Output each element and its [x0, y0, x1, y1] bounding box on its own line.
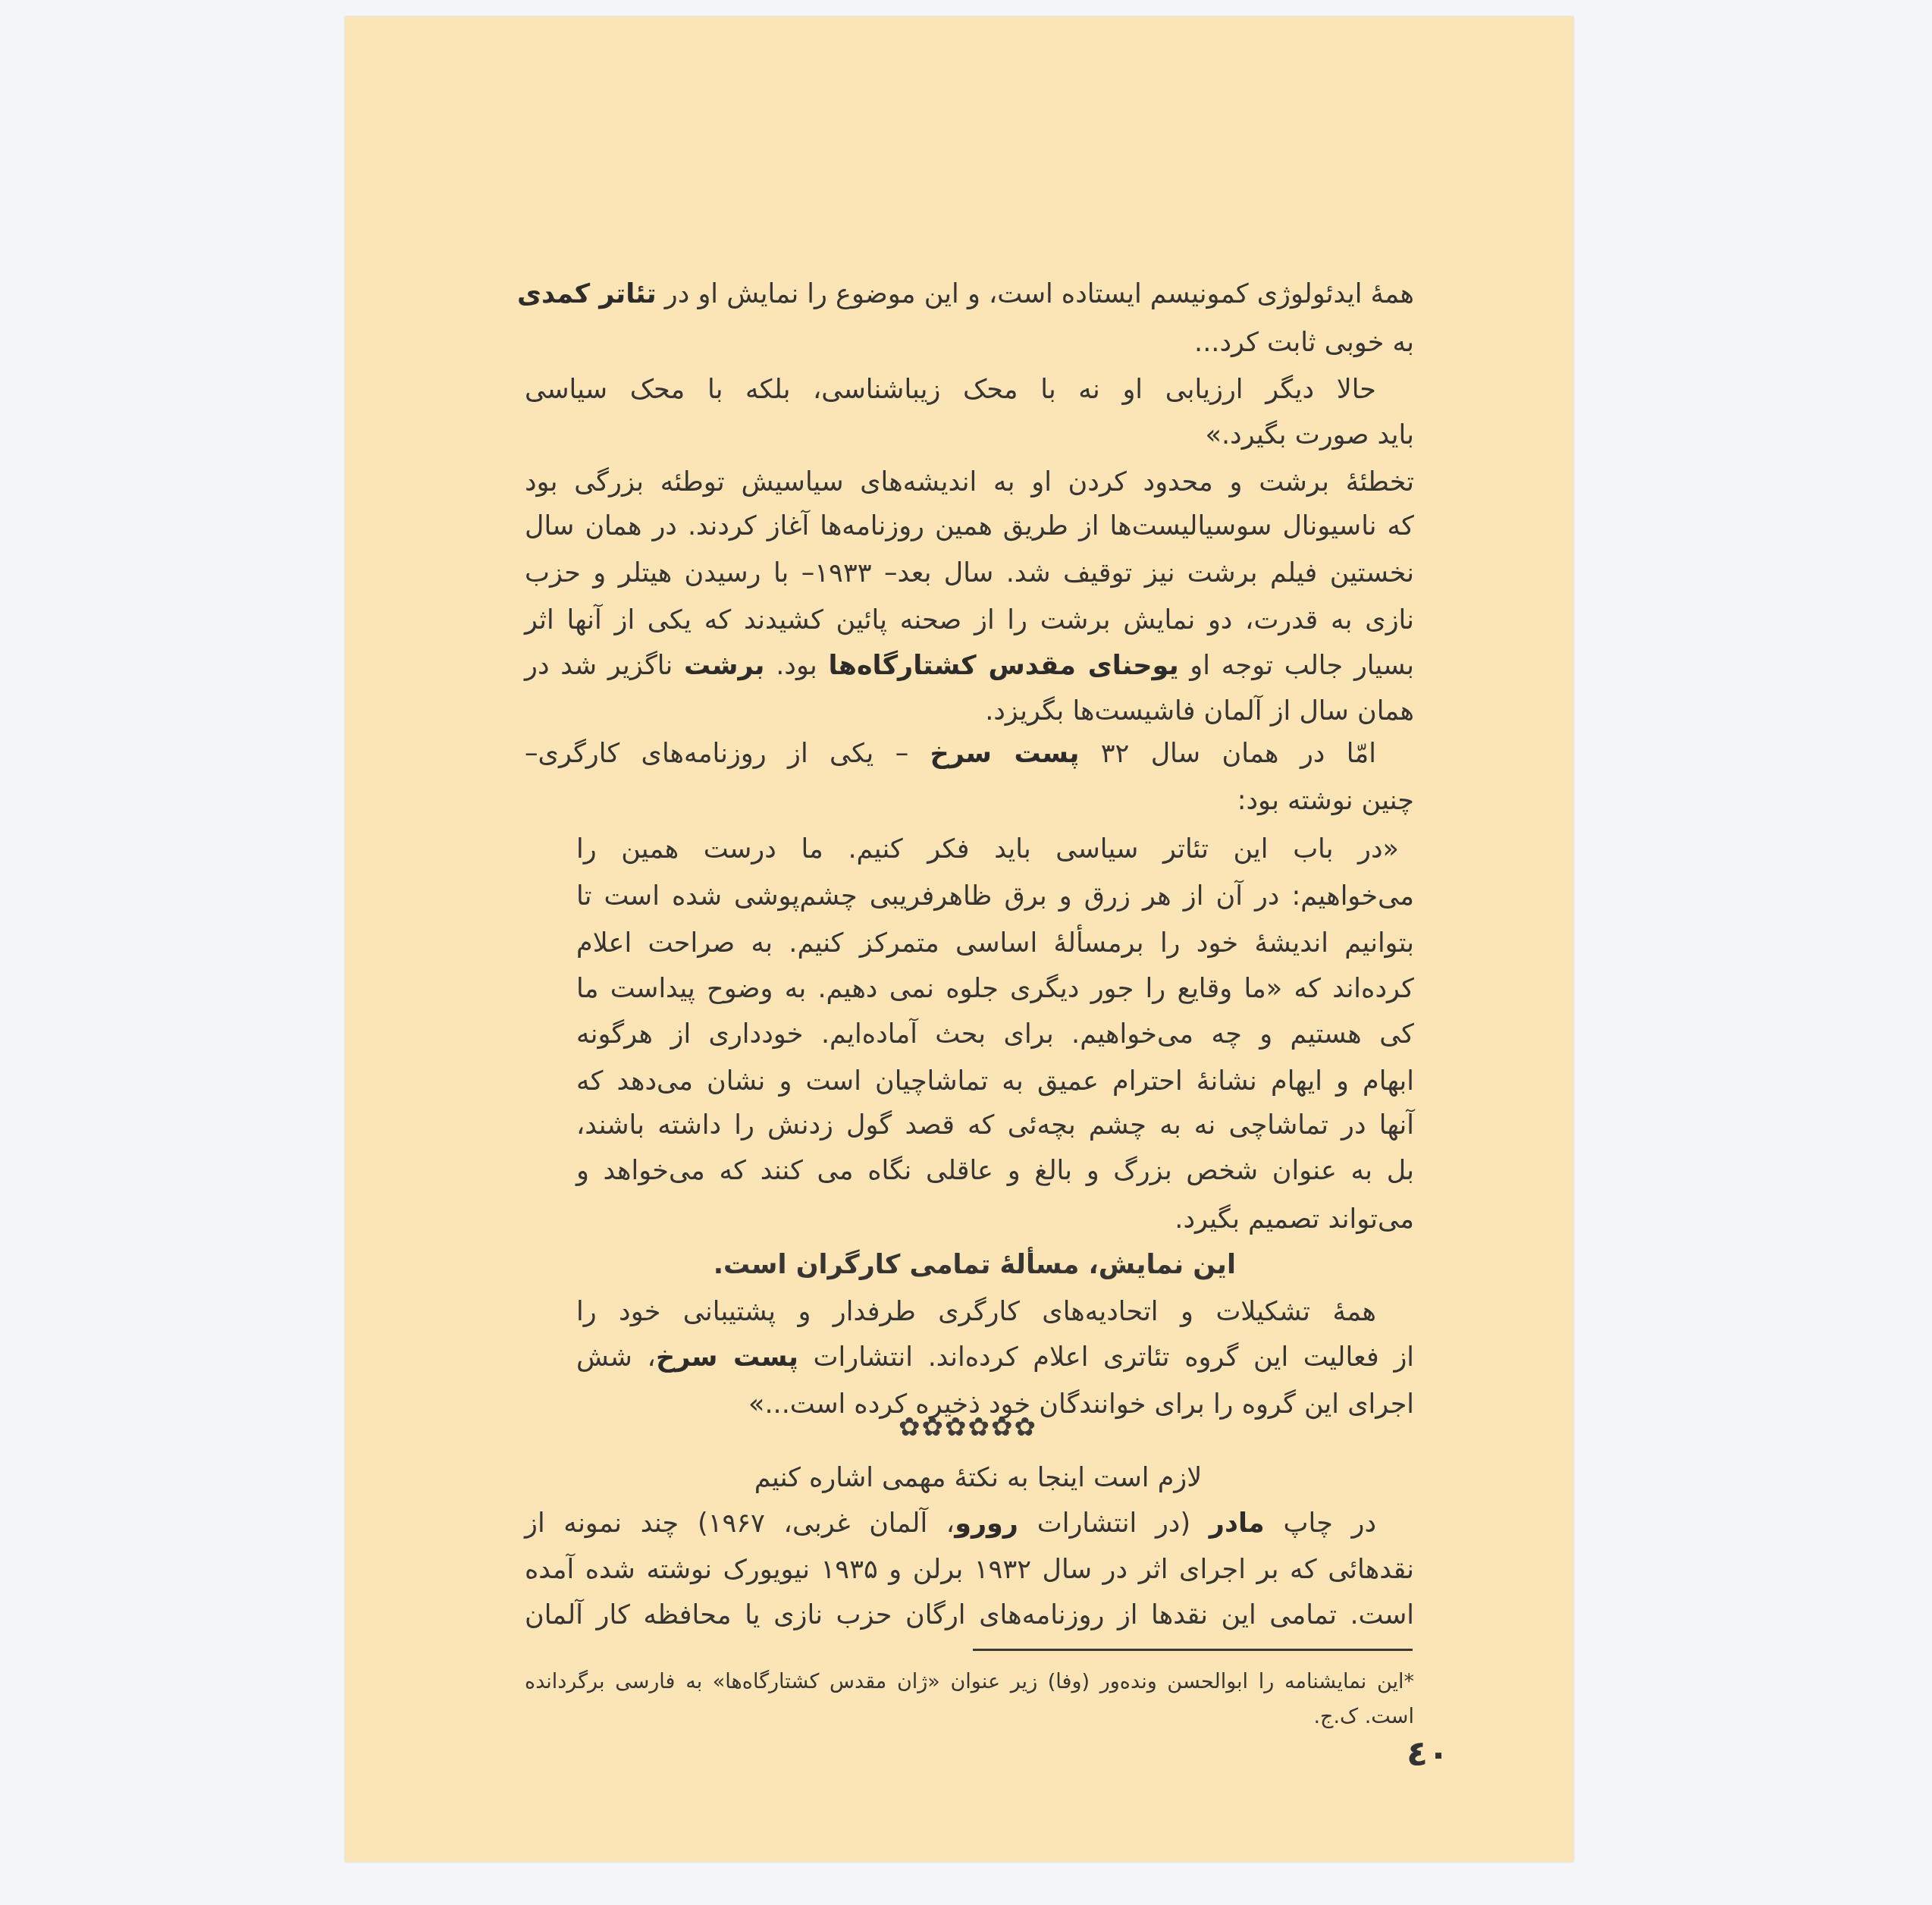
quote-line-9: می‌تواند تصمیم بگیرد. [1175, 1203, 1414, 1236]
body-line-4: باید صورت بگیرد.» [1206, 419, 1415, 452]
body-line-9: بسیار جالب توجه او یوحنای مقدس کشتارگاه‌… [525, 649, 1414, 683]
footnote-line-1: *این نمایشنامه را ابوالحسن وندەور (وفا) … [525, 1668, 1414, 1696]
footnote-line-2: است. ک.ج. [1313, 1703, 1414, 1731]
bold-title-saint-joan: یوحنای مقدس کشتارگاه‌ها [829, 651, 1179, 681]
quote-line-13: اجرای این گروه را برای خوانندگان خود ذخی… [748, 1388, 1414, 1421]
text-run: در چاپ [1265, 1508, 1376, 1539]
quote-line-5: کی هستیم و چه می‌خواهیم. برای بحث آماده‌… [576, 1018, 1414, 1051]
section-heading: لازم است اینجا به نکتهٔ مهمی اشاره کنیم [713, 1461, 1244, 1495]
body-line-11: امّا در همان سال ۳۲ پست سرخ – یکی از روز… [525, 737, 1376, 770]
text-run: – یکی از روزنامه‌های کارگری– [525, 739, 930, 769]
quote-line-11: همهٔ تشکیلات و اتحادیه‌های کارگری طرفدار… [576, 1295, 1376, 1329]
text-run: (در انتشارات [1018, 1508, 1209, 1539]
text-run: همهٔ ایدئولوژی کمونیسم ایستاده است، و ای… [657, 279, 1414, 309]
body2-line-1: در چاپ مادر (در انتشارات رورو، آلمان غرب… [525, 1507, 1376, 1540]
text-run: ناگزیر شد در [525, 651, 684, 681]
bold-name-brecht: برشت [684, 651, 764, 681]
quote-line-10: این نمایش، مسألهٔ تمامی کارگران است. [714, 1248, 1236, 1282]
body-line-7: نخستین فیلم برشت نیز توقیف شد. سال بعد– … [525, 557, 1414, 590]
text-run: ، آلمان غربی، ۱۹۶۷) چند نمونه از [525, 1508, 955, 1539]
body2-line-2: نقدهائی که بر اجرای اثر در سال ۱۹۳۲ برلن… [525, 1553, 1414, 1586]
body-line-8: نازی به قدرت، دو نمایش برشت را از صحنه پ… [525, 604, 1414, 637]
page-number: ٤٠ [1407, 1733, 1449, 1774]
quote-line-4: کرده‌اند که «ما وقایع را جور دیگری جلوه … [576, 972, 1414, 1006]
body-line-2: به خوبی ثابت کرد... [1194, 326, 1414, 359]
text-run: ، شش [576, 1342, 656, 1373]
body-line-5: تخطئهٔ برشت و محدود کردن او به اندیشه‌ها… [525, 466, 1414, 499]
body2-line-3: است. تمامی این نقدها از روزنامه‌های ارگا… [525, 1599, 1414, 1632]
footnote-divider [973, 1649, 1413, 1651]
body-line-1: همهٔ ایدئولوژی کمونیسم ایستاده است، و ای… [525, 278, 1414, 311]
body-line-10: همان سال از آلمان فاشیست‌ها بگریزد. [985, 695, 1414, 728]
bold-publisher-rororo: رورو [955, 1508, 1018, 1539]
section-separator-flowers: ✿✿✿✿✿✿ [899, 1412, 1037, 1442]
bold-newspaper-name: پست سرخ [656, 1342, 798, 1373]
text-run: بود. [764, 651, 828, 681]
quote-line-6: ابهام و ایهام نشانهٔ احترام عمیق به تماش… [576, 1065, 1414, 1098]
quote-line-3: بتوانیم اندیشهٔ خود را برمسألهٔ اساسی مت… [576, 927, 1414, 960]
text-run: از فعالیت این گروه تئاتری اعلام کرده‌اند… [798, 1342, 1414, 1373]
quote-line-2: می‌خواهیم: در آن از هر زرق و برق ظاهرفری… [576, 880, 1414, 913]
body-line-6: که ناسیونال سوسیالیست‌ها از طریق همین رو… [525, 510, 1414, 543]
quote-line-1: «در باب این تئاتر سیاسی باید فکر کنیم. م… [576, 833, 1399, 866]
text-run: بسیار جالب توجه او [1179, 651, 1414, 681]
quote-line-12: از فعالیت این گروه تئاتری اعلام کرده‌اند… [576, 1341, 1414, 1374]
quote-line-7: آنها در تماشاچی نه به چشم بچه‌ئی که قصد … [576, 1109, 1414, 1142]
quote-line-8: بل به عنوان شخص بزرگ و بالغ و عاقلی نگاه… [576, 1154, 1414, 1188]
body-line-12: چنین نوشته بود: [1237, 784, 1414, 818]
body-line-3: حالا دیگر ارزیابی او نه با محک زیباشناسی… [525, 373, 1376, 406]
text-run: امّا در همان سال ۳۲ [1079, 739, 1376, 769]
bold-title-mother: مادر [1209, 1508, 1265, 1539]
bold-title-theatre-comedy: تئاتر کمدی [517, 279, 657, 309]
bold-newspaper-name: پست سرخ [930, 739, 1080, 769]
